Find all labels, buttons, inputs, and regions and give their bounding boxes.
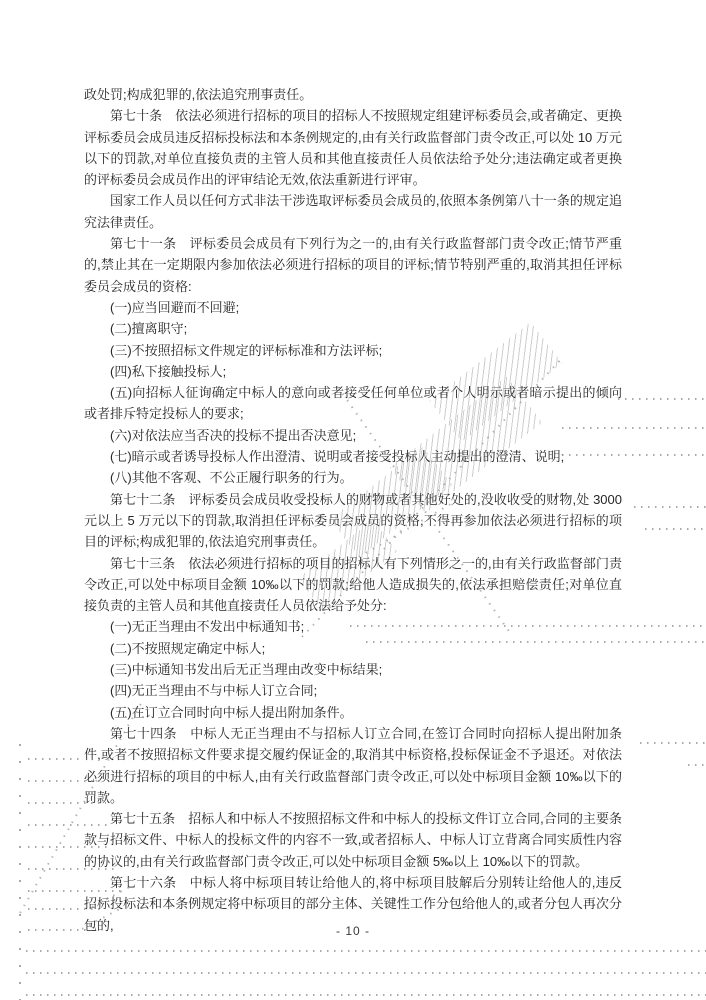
scan-dotted-line bbox=[26, 994, 706, 996]
document-page-body: 政处罚;构成犯罪的,依法追究刑事责任。 第七十条 依法必须进行招标的项目的招标人… bbox=[84, 84, 622, 936]
scan-dotted-line bbox=[634, 506, 706, 508]
scan-dotted-line bbox=[645, 528, 706, 530]
paragraph-continuation: 政处罚;构成犯罪的,依法追究刑事责任。 bbox=[84, 84, 622, 105]
scan-fold-line-vertical bbox=[19, 744, 21, 1000]
item-73-2: (二)不按照规定确定中标人; bbox=[84, 638, 622, 659]
article-70: 第七十条 依法必须进行招标的项目的招标人不按照规定组建评标委员会,或者确定、更换… bbox=[84, 105, 622, 190]
item-71-6: (六)对依法应当否决的投标不提出否决意见; bbox=[84, 425, 622, 446]
article-71: 第七十一条 评标委员会成员有下列行为之一的,由有关行政监督部门责令改正;情节严重… bbox=[84, 233, 622, 297]
item-73-5: (五)在订立合同时向中标人提出附加条件。 bbox=[84, 702, 622, 723]
scan-dotted-line bbox=[28, 758, 80, 760]
scan-dotted-line bbox=[618, 398, 706, 400]
item-71-4: (四)私下接触投标人; bbox=[84, 361, 622, 382]
scan-dotted-line bbox=[26, 950, 706, 952]
article-75: 第七十五条 招标人和中标人不按照招标文件和中标人的投标文件订立合同,合同的主要条… bbox=[84, 808, 622, 872]
article-74: 第七十四条 中标人无正当理由不与招标人订立合同,在签订合同时向招标人提出附加条件… bbox=[84, 723, 622, 808]
scan-dotted-line bbox=[26, 972, 706, 974]
item-73-4: (四)无正当理由不与中标人订立合同; bbox=[84, 680, 622, 701]
item-73-3: (三)中标通知书发出后无正当理由改变中标结果; bbox=[84, 659, 622, 680]
item-71-5: (五)向招标人征询确定中标人的意向或者接受任何单位或者个人明示或者暗示提出的倾向… bbox=[84, 382, 622, 425]
item-71-1: (一)应当回避而不回避; bbox=[84, 297, 622, 318]
article-72: 第七十二条 评标委员会成员收受投标人的财物或者其他好处的,没收收受的财物,处 3… bbox=[84, 489, 622, 553]
article-73: 第七十三条 依法必须进行招标的项目的招标人有下列情形之一的,由有关行政监督部门责… bbox=[84, 553, 622, 617]
item-71-7: (七)暗示或者诱导投标人作出澄清、说明或者接受投标人主动提出的澄清、说明; bbox=[84, 446, 622, 467]
paragraph-state-staff: 国家工作人员以任何方式非法干涉选取评标委员会成员的,依照本条例第八十一条的规定追… bbox=[84, 190, 622, 233]
scan-dotted-line bbox=[640, 742, 706, 744]
page-number: - 10 - bbox=[0, 924, 706, 938]
item-71-8: (八)其他不客观、不公正履行职务的行为。 bbox=[84, 467, 622, 488]
item-73-1: (一)无正当理由不发出中标通知书; bbox=[84, 616, 622, 637]
scan-dotted-line bbox=[688, 764, 706, 766]
item-71-2: (二)擅离职守; bbox=[84, 318, 622, 339]
item-71-3: (三)不按照招标文件规定的评标标准和方法评标; bbox=[84, 340, 622, 361]
